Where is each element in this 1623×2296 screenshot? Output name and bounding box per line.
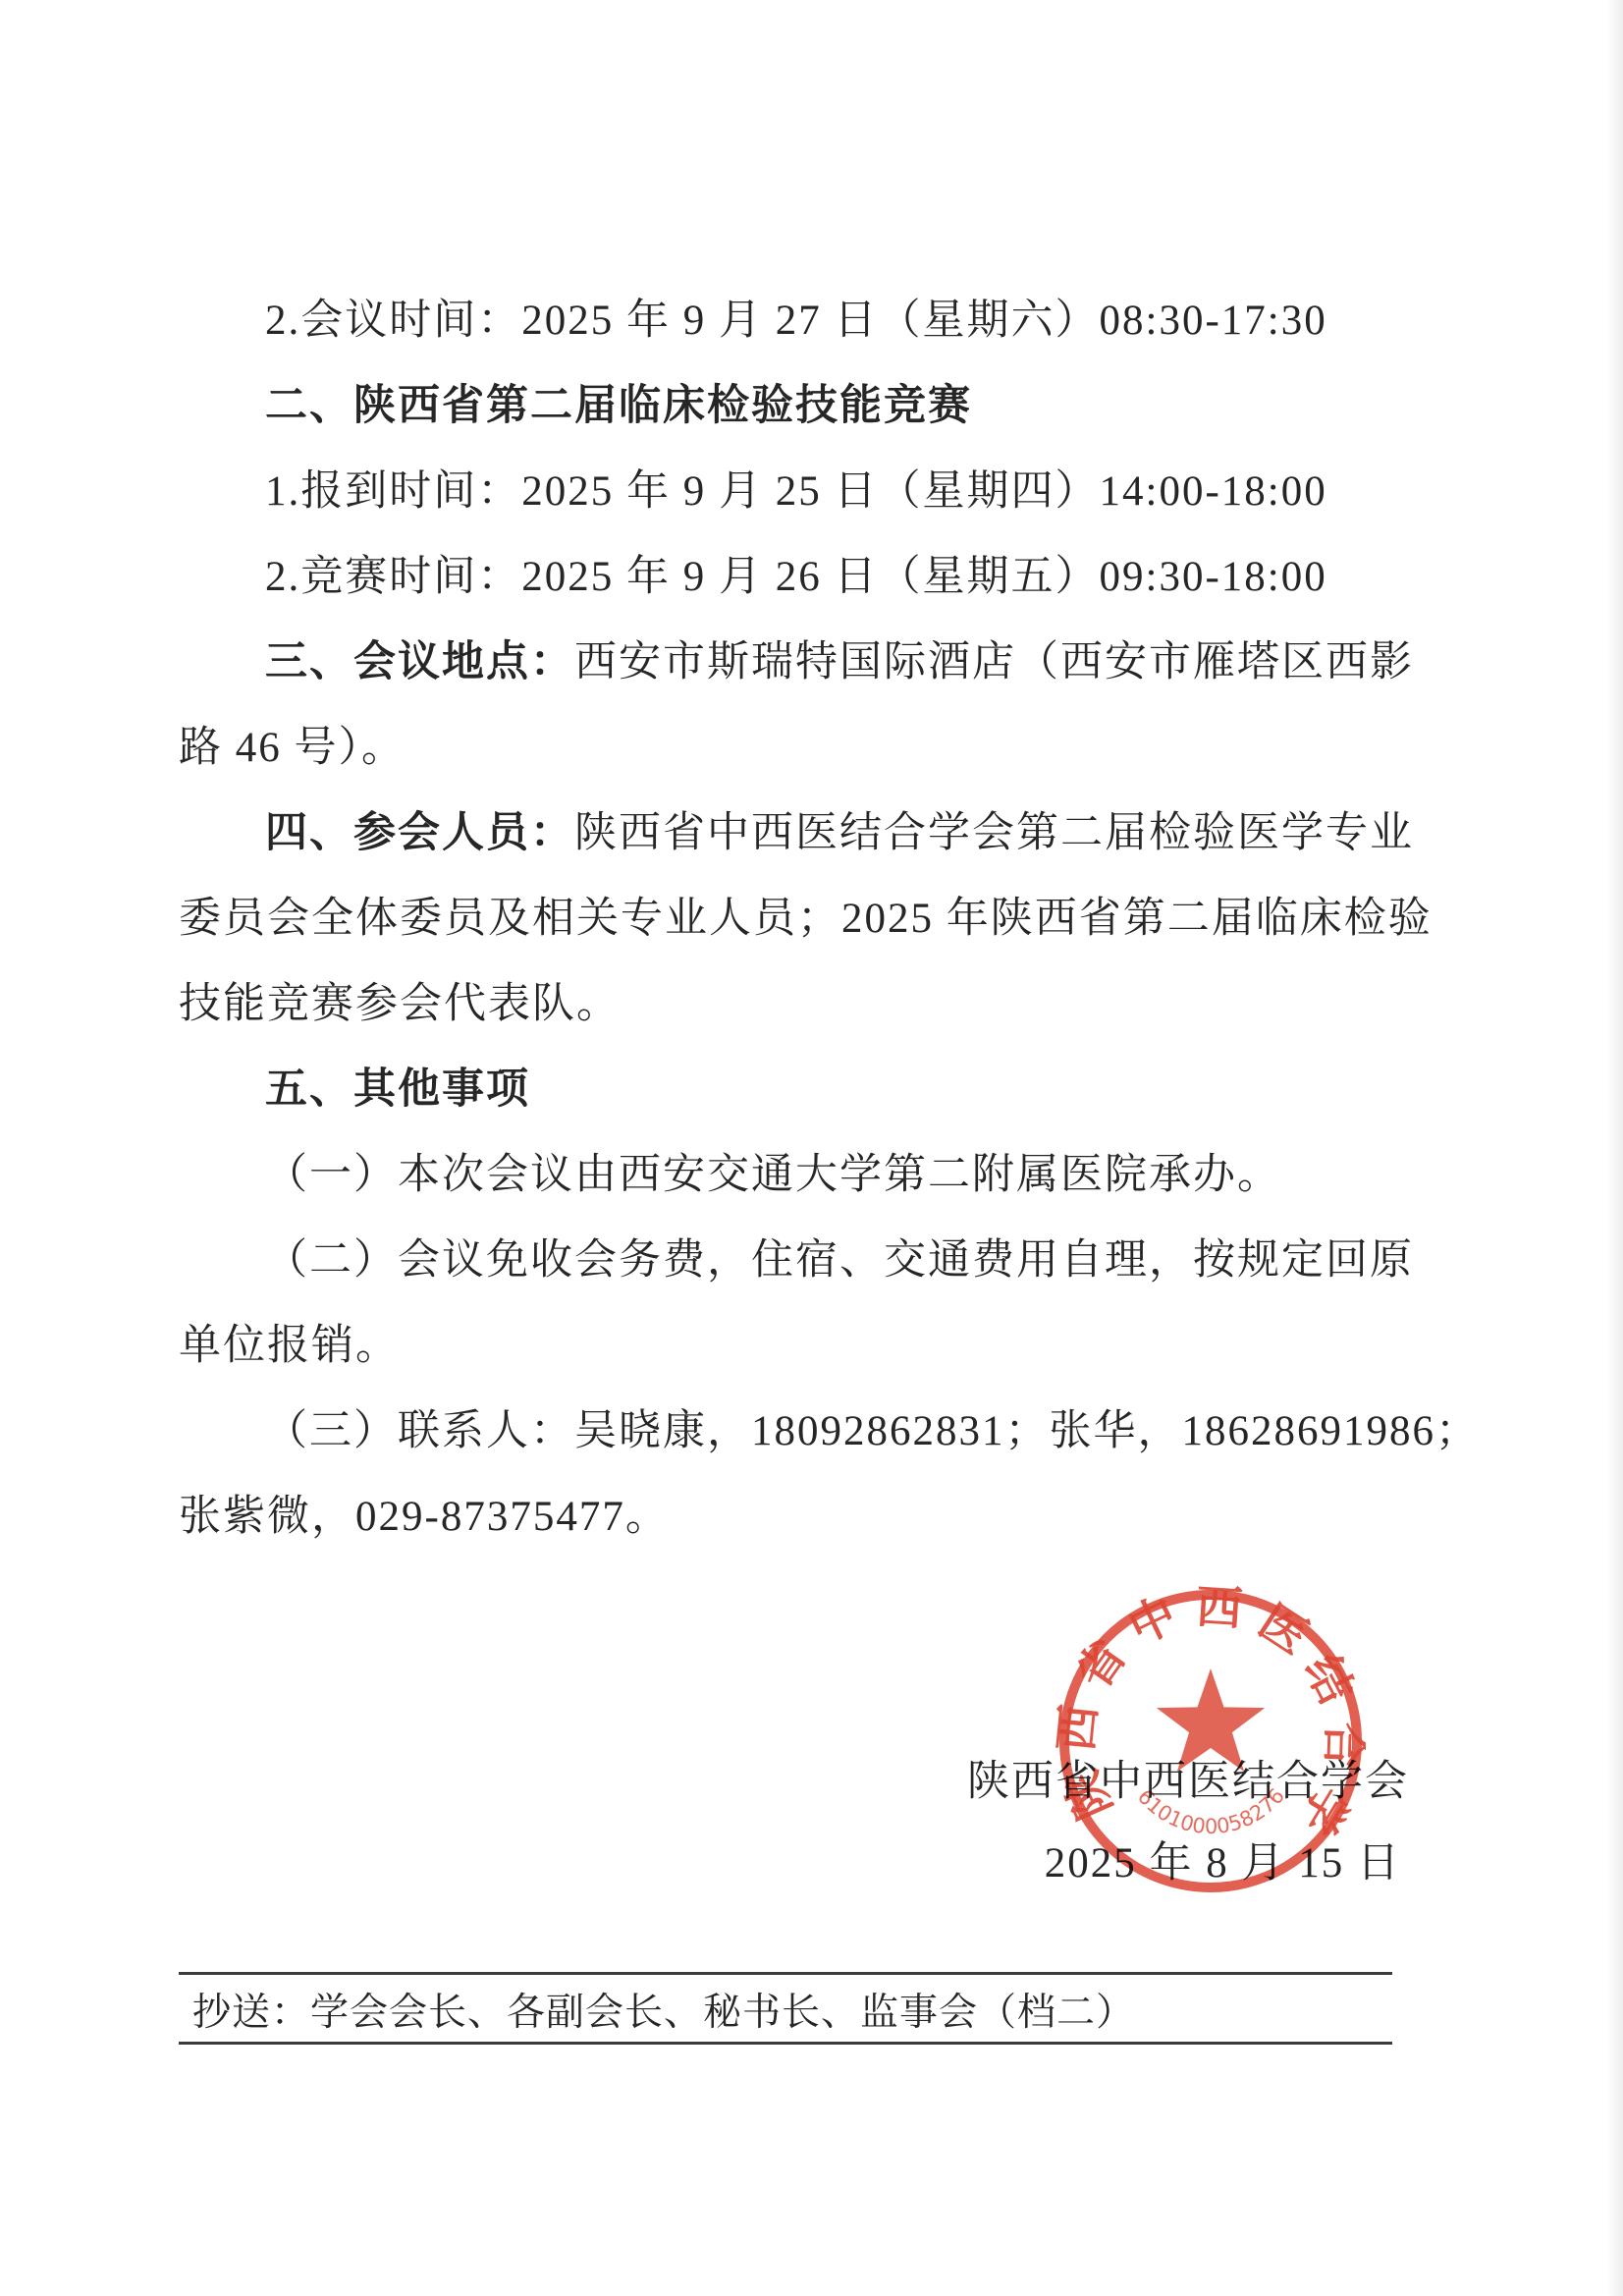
line-body-text: 1.报到时间：2025 年 9 月 25 日（星期四）14:00-18:00	[265, 468, 1327, 515]
line-body-text: （三）联系人：吴晓康，18092862831；张华，18628691986；	[265, 1408, 1480, 1454]
official-seal-graphic: 陕西省中西医结合学会 6101000058276	[1055, 1586, 1366, 1896]
document-line: 2.竞赛时间：2025 年 9 月 26 日（星期五）09:30-18:00	[179, 534, 1412, 620]
line-body-text: 西安市斯瑞特国际酒店（西安市雁塔区西影	[574, 639, 1414, 685]
document-line: 2.会议时间：2025 年 9 月 27 日（星期六）08:30-17:30	[179, 278, 1412, 363]
footer-rule-bottom	[179, 2042, 1392, 2045]
document-line: 单位报销。	[179, 1303, 1412, 1389]
line-body-text: （二）会议免收会务费，住宿、交通费用自理，按规定回原	[265, 1237, 1414, 1284]
line-heading-text: 四、参会人员：	[265, 810, 574, 856]
document-line: 路 46 号）。	[179, 705, 1412, 791]
document-line: （一）本次会议由西安交通大学第二附属医院承办。	[179, 1132, 1412, 1218]
line-body-text: （一）本次会议由西安交通大学第二附属医院承办。	[265, 1152, 1281, 1198]
line-heading-text: 二、陕西省第二届临床检验技能竞赛	[265, 383, 972, 429]
document-line: （三）联系人：吴晓康，18092862831；张华，18628691986；	[179, 1389, 1412, 1474]
official-seal: 陕西省中西医结合学会 6101000058276	[1055, 1586, 1366, 1896]
document-line: 技能竞赛参会代表队。	[179, 961, 1412, 1047]
line-heading-text: 三、会议地点：	[265, 639, 574, 685]
document-line: 四、参会人员：陕西省中西医结合学会第二届检验医学专业	[179, 791, 1412, 876]
line-body-text: 委员会全体委员及相关专业人员；2025 年陕西省第二届临床检验	[179, 896, 1433, 942]
seal-star-icon	[1157, 1668, 1265, 1772]
scan-edge-shadow	[1607, 0, 1623, 2296]
line-body-text: 2.会议时间：2025 年 9 月 27 日（星期六）08:30-17:30	[265, 298, 1327, 344]
document-line: 三、会议地点：西安市斯瑞特国际酒店（西安市雁塔区西影	[179, 620, 1412, 705]
line-body-text: 单位报销。	[179, 1323, 400, 1369]
document-line: 五、其他事项	[179, 1047, 1412, 1132]
footer-rule-top	[179, 1972, 1392, 1975]
line-body-text: 张紫微，029-87375477。	[179, 1494, 670, 1540]
document-line: （二）会议免收会务费，住宿、交通费用自理，按规定回原	[179, 1218, 1412, 1303]
document-line: 二、陕西省第二届临床检验技能竞赛	[179, 363, 1412, 449]
line-body-text: 2.竞赛时间：2025 年 9 月 26 日（星期五）09:30-18:00	[265, 554, 1327, 600]
document-line: 委员会全体委员及相关专业人员；2025 年陕西省第二届临床检验	[179, 876, 1412, 961]
cc-line: 抄送：学会会长、各副会长、秘书长、监事会（档二）	[192, 1986, 1410, 2041]
line-body-text: 路 46 号）。	[179, 725, 406, 771]
document-line: 张紫微，029-87375477。	[179, 1474, 1412, 1559]
line-heading-text: 五、其他事项	[265, 1066, 530, 1113]
scanned-notice-page: 2.会议时间：2025 年 9 月 27 日（星期六）08:30-17:30二、…	[0, 0, 1623, 2296]
document-body: 2.会议时间：2025 年 9 月 27 日（星期六）08:30-17:30二、…	[179, 278, 1412, 1559]
line-body-text: 技能竞赛参会代表队。	[179, 981, 621, 1027]
line-body-text: 陕西省中西医结合学会第二届检验医学专业	[574, 810, 1414, 856]
document-line: 1.报到时间：2025 年 9 月 25 日（星期四）14:00-18:00	[179, 449, 1412, 534]
seal-serial-number: 6101000058276	[1133, 1784, 1289, 1838]
svg-text:6101000058276: 6101000058276	[1133, 1784, 1289, 1838]
